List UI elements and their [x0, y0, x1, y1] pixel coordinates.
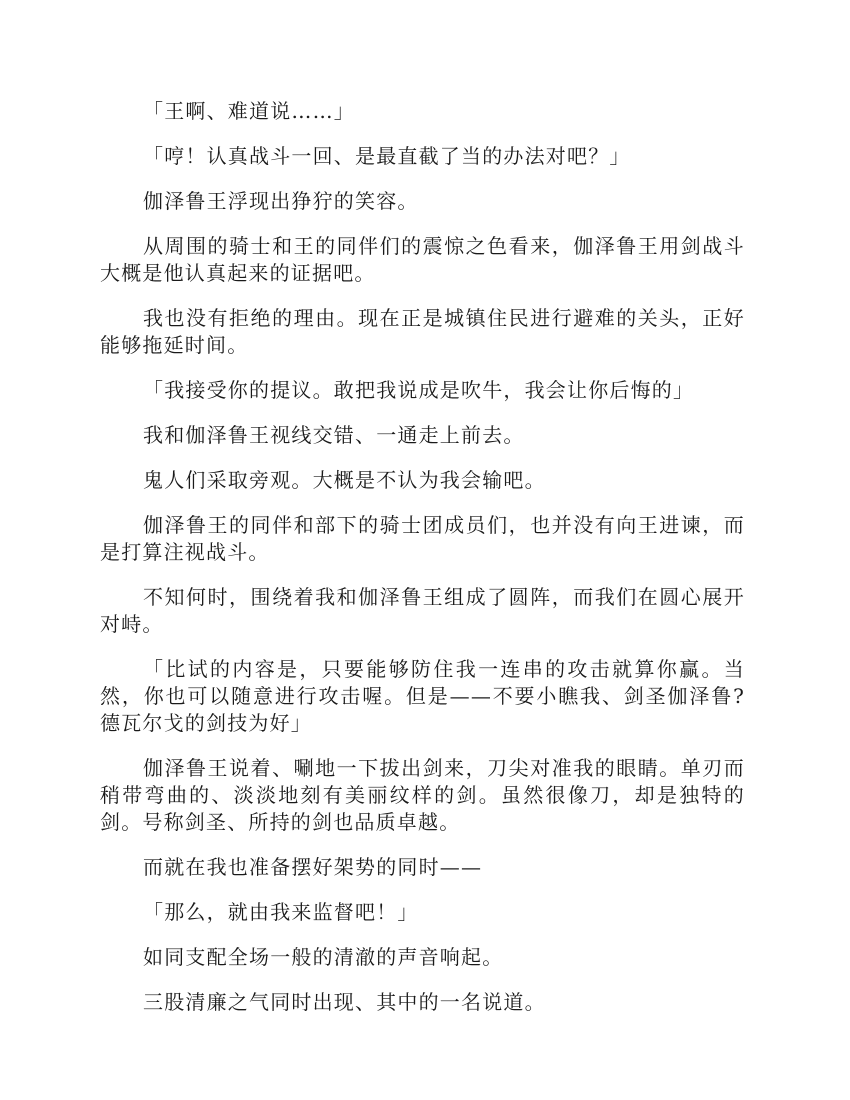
paragraph: 伽泽鲁王浮现出狰狞的笑容。	[100, 188, 745, 215]
paragraph: 「哼！认真战斗一回、是最直截了当的办法对吧？」	[100, 143, 745, 170]
paragraph: 三股清廉之气同时出现、其中的一名说道。	[100, 989, 745, 1016]
paragraph: 伽泽鲁王说着、唰地一下拔出剑来，刀尖对准我的眼睛。单刃而稍带弯曲的、淡淡地刻有美…	[100, 755, 745, 836]
paragraph: 如同支配全场一般的清澈的声音响起。	[100, 944, 745, 971]
paragraph: 「比试的内容是，只要能够防住我一连串的攻击就算你赢。当然，你也可以随意进行攻击喔…	[100, 656, 745, 737]
paragraph: 我也没有拒绝的理由。现在正是城镇住民进行避难的关头，正好能够拖延时间。	[100, 305, 745, 359]
paragraph: 「我接受你的提议。敢把我说成是吹牛，我会让你后悔的」	[100, 377, 745, 404]
paragraph: 「王啊、难道说……」	[100, 98, 745, 125]
paragraph: 而就在我也准备摆好架势的同时——	[100, 854, 745, 881]
paragraph: 鬼人们采取旁观。大概是不认为我会输吧。	[100, 467, 745, 494]
paragraph: 伽泽鲁王的同伴和部下的骑士团成员们，也并没有向王进谏，而是打算注视战斗。	[100, 512, 745, 566]
paragraph: 从周围的骑士和王的同伴们的震惊之色看来，伽泽鲁王用剑战斗大概是他认真起来的证据吧…	[100, 233, 745, 287]
paragraph: 不知何时，围绕着我和伽泽鲁王组成了圆阵，而我们在圆心展开对峙。	[100, 584, 745, 638]
document-page: 「王啊、难道说……」 「哼！认真战斗一回、是最直截了当的办法对吧？」 伽泽鲁王浮…	[100, 98, 745, 1034]
paragraph: 「那么，就由我来监督吧！」	[100, 899, 745, 926]
paragraph: 我和伽泽鲁王视线交错、一通走上前去。	[100, 422, 745, 449]
